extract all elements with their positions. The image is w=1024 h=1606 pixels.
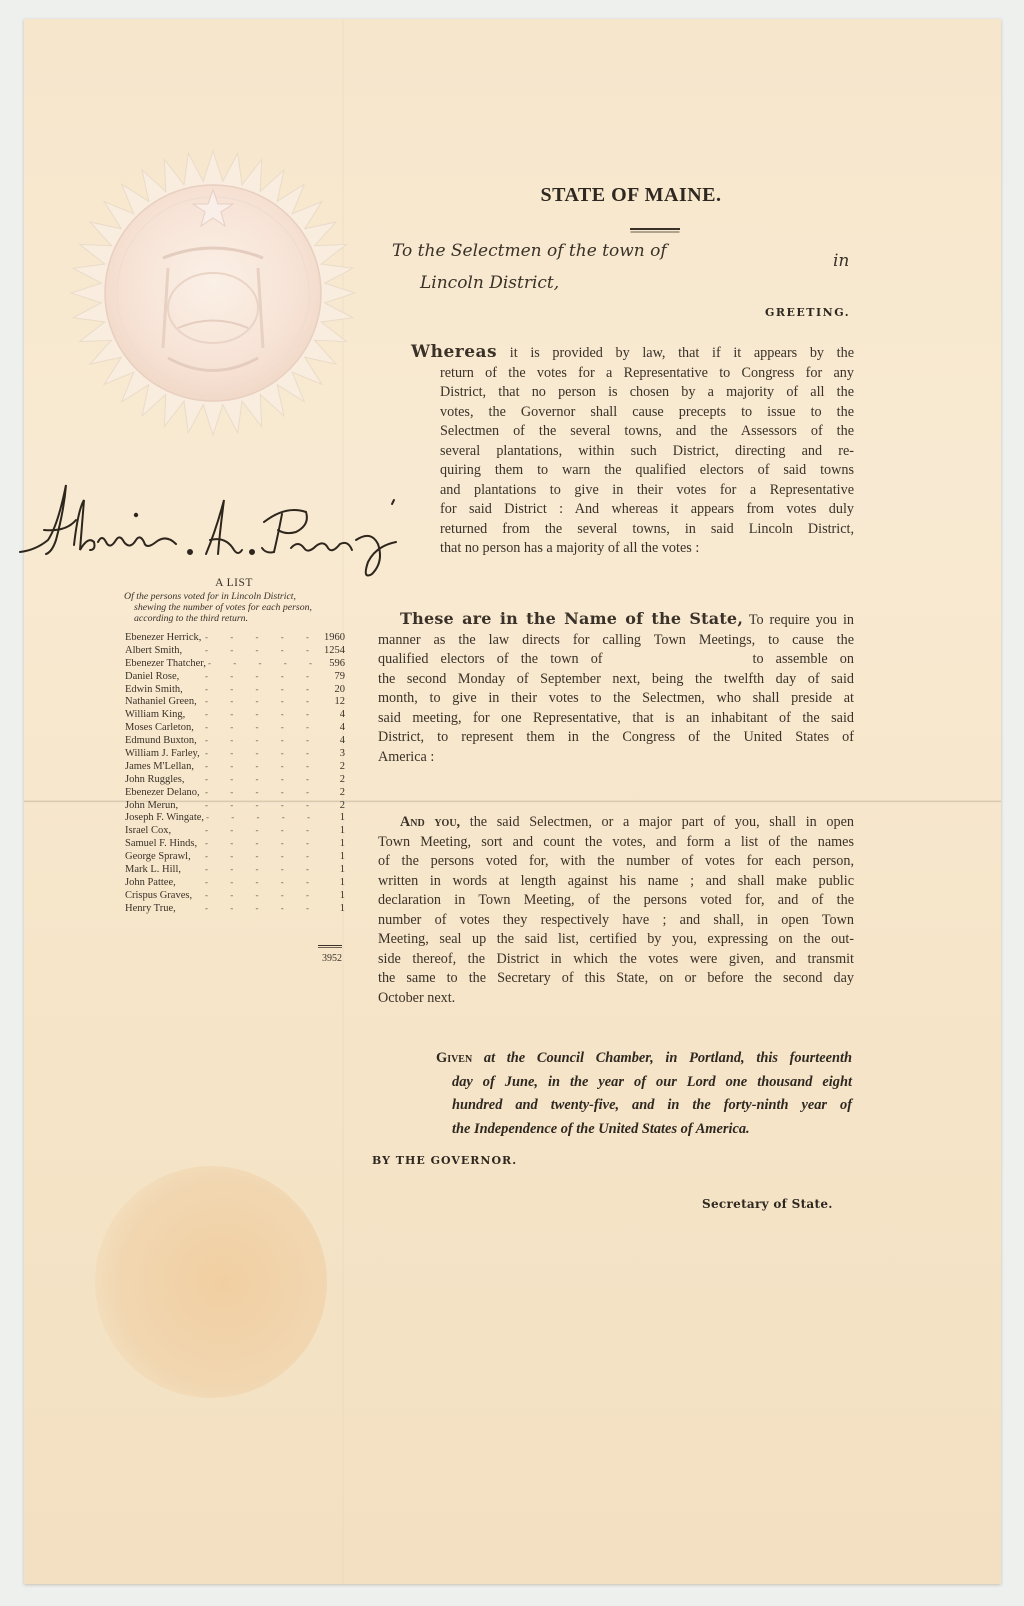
vote-count: 1254 (321, 645, 345, 656)
vote-count: 4 (321, 709, 345, 720)
document-title: STATE OF MAINE. (496, 184, 766, 207)
vote-row: William J. Farley,- - - - -3 (125, 748, 345, 761)
dot-leaders: - - - - - (192, 890, 321, 900)
vote-count: 1 (321, 838, 345, 849)
vote-row: John Pattee,- - - - -1 (125, 877, 345, 890)
vote-row: Joseph F. Wingate,- - - - -1 (125, 812, 345, 825)
candidate-name: Ebenezer Thatcher, (125, 658, 206, 669)
candidate-name: Mark L. Hill, (125, 864, 181, 875)
vote-row: George Sprawl,- - - - -1 (125, 851, 345, 864)
candidate-name: James M'Lellan, (125, 761, 194, 772)
candidate-name: Nathaniel Green, (125, 696, 197, 707)
candidate-name: Daniel Rose, (125, 671, 179, 682)
vote-row: Ebenezer Herrick,- - - - -1960 (125, 632, 345, 645)
vote-count: 1 (321, 812, 345, 823)
dot-leaders: - - - - - (204, 812, 321, 822)
vote-row: Albert Smith,- - - - -1254 (125, 645, 345, 658)
instructions-paragraph: And you, the said Selectmen, or a major … (378, 813, 854, 1008)
vote-row: Israel Cox,- - - - -1 (125, 825, 345, 838)
dot-leaders: - - - - - (201, 632, 321, 642)
vote-row: Moses Carleton,- - - - -4 (125, 722, 345, 735)
dot-leaders: - - - - - (182, 645, 321, 655)
greeting: GREETING. (765, 306, 850, 319)
candidate-name: John Merun, (125, 800, 178, 811)
addressee-line: To the Selectmen of the town of (392, 241, 667, 261)
secretary-of-state: Secretary of State. (702, 1197, 833, 1211)
candidate-name: Ebenezer Herrick, (125, 632, 201, 643)
dot-leaders: - - - - - (197, 838, 321, 848)
vote-count: 1 (321, 890, 345, 901)
vote-row: Edmund Buxton,- - - - -4 (125, 735, 345, 748)
vote-row: Nathaniel Green,- - - - -12 (125, 696, 345, 709)
vote-count: 1 (321, 877, 345, 888)
candidate-name: Albert Smith, (125, 645, 182, 656)
dot-leaders: - - - - - (181, 864, 321, 874)
vote-row: James M'Lellan,- - - - -2 (125, 761, 345, 774)
candidate-name: Henry True, (125, 903, 176, 914)
dot-leaders: - - - - - (185, 774, 321, 784)
vote-row: Edwin Smith,- - - - -20 (125, 684, 345, 697)
vote-count: 79 (321, 671, 345, 682)
bleed-through-text (600, 1030, 604, 1046)
addressee-district: Lincoln District, (420, 273, 559, 293)
dot-leaders: - - - - - (197, 696, 321, 706)
by-the-governor: BY THE GOVERNOR. (372, 1154, 517, 1167)
vote-count: 2 (321, 787, 345, 798)
candidate-name: William King, (125, 709, 185, 720)
candidate-name: Samuel F. Hinds, (125, 838, 197, 849)
vote-count: 1 (321, 903, 345, 914)
vote-count: 1 (321, 851, 345, 862)
dot-leaders: - - - - - (197, 735, 321, 745)
candidate-name: Crispus Graves, (125, 890, 192, 901)
vote-total: 3952 (310, 953, 342, 964)
candidate-name: John Ruggles, (125, 774, 185, 785)
dot-leaders: - - - - - (200, 787, 321, 797)
dot-leaders: - - - - - (185, 709, 321, 719)
vote-row: William King,- - - - -4 (125, 709, 345, 722)
vote-row: Daniel Rose,- - - - -79 (125, 671, 345, 684)
vote-row: Ebenezer Thatcher,- - - - -596 (125, 658, 345, 671)
dot-leaders: - - - - - (194, 761, 321, 771)
given-attestation: Given at the Council Chamber, in Portlan… (436, 1047, 852, 1141)
vote-row: Henry True,- - - - -1 (125, 903, 345, 916)
vote-count: 1 (321, 825, 345, 836)
candidate-name: Edwin Smith, (125, 684, 183, 695)
dot-leaders: - - - - - (179, 671, 321, 681)
vote-count: 1960 (321, 632, 345, 643)
candidate-name: George Sprawl, (125, 851, 191, 862)
vote-row: John Merun,- - - - -2 (125, 800, 345, 813)
dot-leaders: - - - - - (183, 684, 321, 694)
vote-count: 4 (321, 735, 345, 746)
precept-lead: These are in the Name of the State, (400, 609, 743, 628)
dot-leaders: - - - - - (178, 800, 321, 810)
candidate-name: William J. Farley, (125, 748, 200, 759)
precept-paragraph: These are in the Name of the State, To r… (378, 609, 854, 767)
dot-leaders: - - - - - (200, 748, 321, 758)
vote-count: 2 (321, 800, 345, 811)
title-rule (630, 228, 680, 230)
vote-row: Samuel F. Hinds,- - - - -1 (125, 838, 345, 851)
given-lead: Given (436, 1050, 472, 1066)
whereas-paragraph: Whereas it is provided by law, that if i… (411, 343, 854, 559)
dot-leaders: - - - - - (176, 877, 321, 887)
wafer-seal-stain (95, 1166, 327, 1398)
whereas-lead: Whereas (411, 342, 497, 362)
candidate-name: Moses Carleton, (125, 722, 194, 733)
addressee-in: in (833, 251, 849, 271)
vote-count: 596 (321, 658, 345, 669)
governor-signature (6, 470, 406, 580)
vote-count: 4 (321, 722, 345, 733)
vote-count: 2 (321, 774, 345, 785)
total-rule (318, 945, 342, 946)
vote-list-title: A LIST (124, 577, 344, 589)
candidate-name: Edmund Buxton, (125, 735, 197, 746)
vote-count: 12 (321, 696, 345, 707)
dot-leaders: - - - - - (194, 722, 321, 732)
embossed-state-seal-icon (68, 148, 358, 438)
vote-row: Ebenezer Delano,- - - - -2 (125, 787, 345, 800)
vote-row: Mark L. Hill,- - - - -1 (125, 864, 345, 877)
vote-row: John Ruggles,- - - - -2 (125, 774, 345, 787)
vote-count: 3 (321, 748, 345, 759)
dot-leaders: - - - - - (191, 851, 321, 861)
dot-leaders: - - - - - (176, 903, 321, 913)
vote-list-table: Ebenezer Herrick,- - - - -1960Albert Smi… (125, 632, 345, 916)
candidate-name: Joseph F. Wingate, (125, 812, 204, 823)
dot-leaders: - - - - - (171, 825, 321, 835)
vote-list-caption: Of the persons voted for in Lincoln Dist… (124, 591, 346, 624)
vote-row: Crispus Graves,- - - - -1 (125, 890, 345, 903)
candidate-name: Ebenezer Delano, (125, 787, 200, 798)
vote-count: 20 (321, 684, 345, 695)
instructions-lead: And you, (400, 814, 460, 830)
candidate-name: Israel Cox, (125, 825, 171, 836)
vote-count: 1 (321, 864, 345, 875)
vote-count: 2 (321, 761, 345, 772)
dot-leaders: - - - - - (206, 658, 321, 668)
candidate-name: John Pattee, (125, 877, 176, 888)
